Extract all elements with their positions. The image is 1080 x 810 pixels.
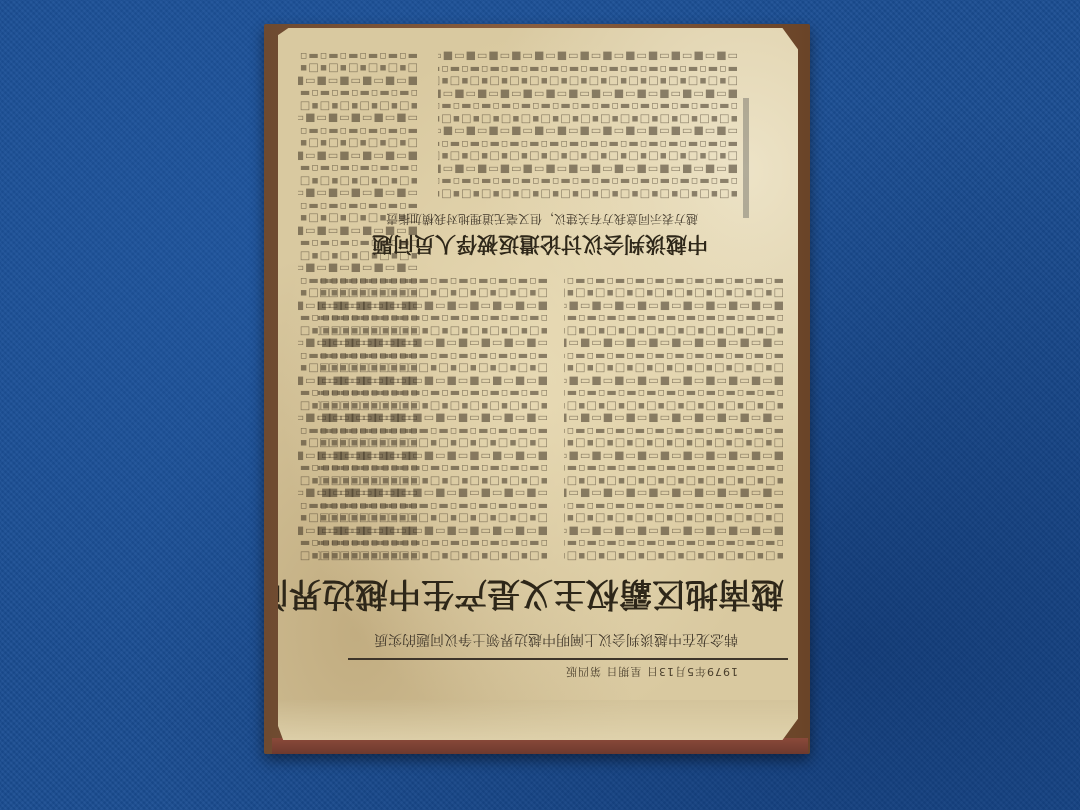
water-stain — [743, 98, 749, 218]
secondary-headline: 中越谈判会议讨论遣返被俘人员问题 — [372, 230, 708, 260]
paper-folded-edge — [278, 700, 798, 740]
article-body-text: ▪□▪□▪□▪□▪□▪□▪□▪▫▬▫▬▫▬▫▬▫▬▫▬▫▬▫■▭■▭■▭■▭■▭… — [298, 42, 418, 562]
main-subheadline: 韩念龙在中越谈判会议上阐明中越边界领土争议问题的实质 — [374, 630, 738, 650]
secondary-subheadline: 越方表示同意我方有关建议，但又毫无道理地对我横加指责 — [386, 211, 698, 228]
board-bottom-edge — [272, 738, 808, 754]
newspaper-content-rotated: 1979年5月13日 星期日 第四版 韩念龙在中越谈判会议上阐明中越边界领土争议… — [278, 28, 798, 740]
newspaper-page: 1979年5月13日 星期日 第四版 韩念龙在中越谈判会议上阐明中越边界领土争议… — [278, 28, 798, 740]
newspaper-dateline: 1979年5月13日 星期日 第四版 — [565, 664, 738, 680]
article-body-text: ▪□▪□▪□▪□▪□▪□▪□▪□▪□▪□▪□▪□▪□▪□▪□▪□▪□▪□▪▫▬▫… — [438, 40, 738, 200]
main-headline: 越南地区霸权主义是产生中越边界问题的根源 — [124, 573, 784, 620]
header-rule — [348, 658, 788, 660]
article-body-text: ▪□▪□▪□▪□▪□▪□▪□▪□▪□▪□▪□▪□▪□▪▫▬▫▬▫▬▫▬▫▬▫▬▫… — [564, 272, 784, 562]
